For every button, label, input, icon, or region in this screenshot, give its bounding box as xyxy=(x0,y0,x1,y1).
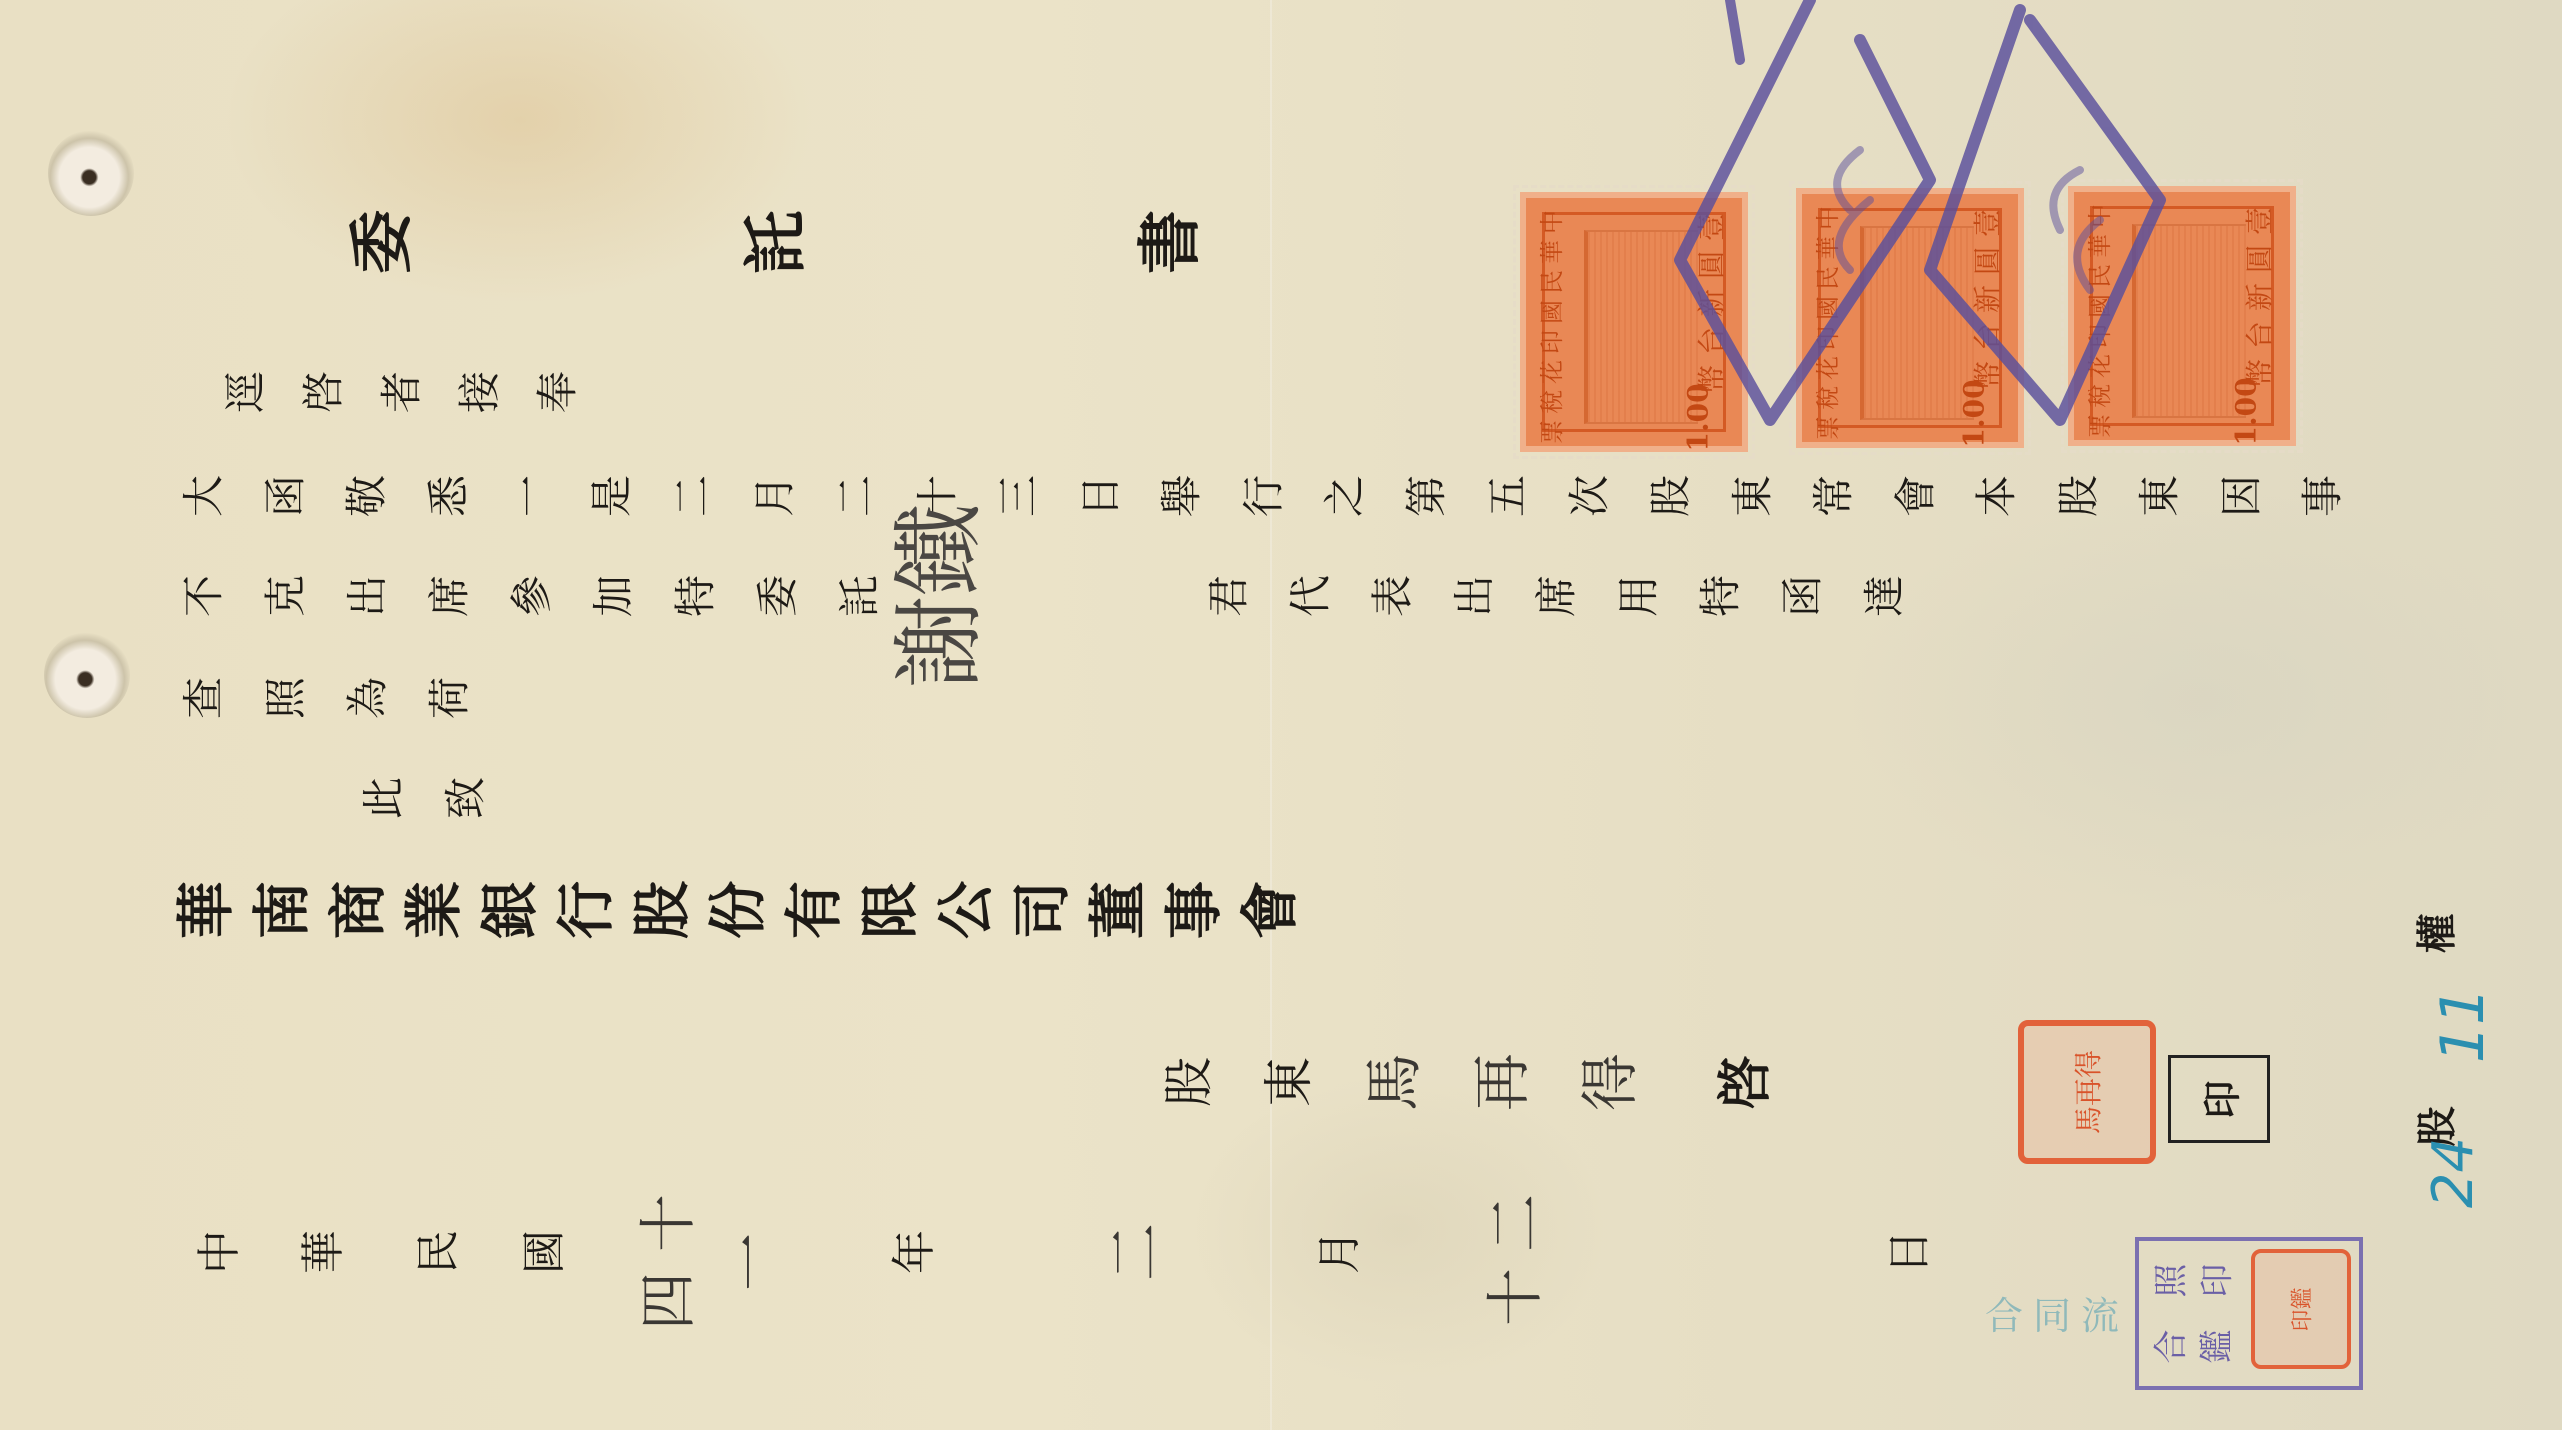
text-char: 行 xyxy=(1231,475,1291,517)
text-char: 席 xyxy=(417,575,477,617)
text-char: 照 xyxy=(253,677,313,719)
shareholder-label: 東 xyxy=(1249,1057,1321,1107)
text-char: 不 xyxy=(171,575,231,617)
stamp-char: 稅 xyxy=(1538,390,1566,414)
verification-char: 鑑 xyxy=(2190,1330,2239,1364)
text-char: 參 xyxy=(499,575,559,617)
stamp-char: 新 xyxy=(1693,289,1731,317)
text-char: 常 xyxy=(1801,475,1861,517)
text-char: 加 xyxy=(581,575,641,617)
rights-count-value: 11 xyxy=(2428,987,2498,1063)
verification-char: 合 xyxy=(2144,1330,2193,1364)
signature-text: 謝鐵 xyxy=(866,504,998,688)
text-char: 接 xyxy=(447,371,507,413)
text-char: 啓 xyxy=(291,371,351,413)
punch-hole-top xyxy=(48,130,134,216)
text-char: 商 xyxy=(311,881,395,939)
text-char: 用 xyxy=(1606,575,1666,617)
text-char: 華 xyxy=(159,881,243,939)
stamp-char: 票 xyxy=(1814,416,1842,440)
text-char: 一 xyxy=(497,475,557,517)
stamp-value: 1.00 xyxy=(2229,377,2262,445)
date-char: 中 xyxy=(183,1207,247,1297)
revenue-stamp-2: 中華民國印花稅票 壹圓新台幣 1.00 xyxy=(1796,188,2024,448)
text-char: 月 xyxy=(742,475,802,517)
text-char: 日 xyxy=(1068,475,1128,517)
text-char: 函 xyxy=(253,475,313,517)
text-char: 悉 xyxy=(416,475,476,517)
text-char: 第 xyxy=(1394,475,1454,517)
date-year: 四十一 xyxy=(621,1137,789,1367)
stamp-right-text: 壹圓新台幣 xyxy=(2236,202,2284,392)
stamp-char: 圓 xyxy=(1969,247,2007,275)
stamp-char: 華 xyxy=(2086,234,2114,258)
text-char: 出 xyxy=(335,575,395,617)
text-char: 席 xyxy=(1524,575,1584,617)
stamp-char: 中 xyxy=(1538,210,1566,234)
stamp-char: 花 xyxy=(2086,354,2114,378)
text-char: 司 xyxy=(995,881,1079,939)
text-char: 荷 xyxy=(417,677,477,719)
shares-count-value: 24 xyxy=(2421,1137,2486,1208)
stamp-char: 花 xyxy=(1538,360,1566,384)
title-char: 委 xyxy=(331,210,423,274)
stamp-char: 民 xyxy=(1814,266,1842,290)
text-char: 有 xyxy=(767,881,851,939)
text-char: 會 xyxy=(1883,475,1943,517)
stamp-right-text: 壹圓新台幣 xyxy=(1964,204,2012,394)
closing-char: 啓 xyxy=(1703,1055,1780,1109)
stamp-char: 國 xyxy=(1538,300,1566,324)
stamp-char: 花 xyxy=(1814,356,1842,380)
proxy-signature: 謝鐵 xyxy=(840,530,1024,662)
text-char: 份 xyxy=(691,881,775,939)
text-char: 君 xyxy=(1196,575,1256,617)
text-char: 出 xyxy=(1442,575,1502,617)
text-char: 特 xyxy=(1688,575,1748,617)
stamp-char: 印 xyxy=(1538,330,1566,354)
text-char: 奉 xyxy=(525,371,585,413)
stamp-char: 華 xyxy=(1814,236,1842,260)
text-char: 董 xyxy=(1071,881,1155,939)
text-char: 致 xyxy=(433,777,493,819)
date-char: 民 xyxy=(402,1196,466,1308)
text-char: 五 xyxy=(1475,475,1535,517)
date-line: 中 華 民 國 四十一 年 二 月 十二 日 xyxy=(170,1168,1980,1336)
text-char: 此 xyxy=(351,777,411,819)
text-char: 限 xyxy=(843,881,927,939)
stamp-char: 壹 xyxy=(1693,213,1731,241)
stamp-char: 票 xyxy=(2086,414,2114,438)
text-char: 逕 xyxy=(213,371,273,413)
verification-red-seal: 印鑑 xyxy=(2251,1249,2351,1369)
text-char: 事 xyxy=(2290,475,2350,517)
date-year-label: 年 xyxy=(878,1162,942,1342)
text-char: 會 xyxy=(1223,881,1307,939)
shareholder-label: 股 xyxy=(1149,1057,1221,1107)
stamp-left-text: 中華民國印花稅票 xyxy=(1532,208,1572,446)
date-day-label: 日 xyxy=(1873,1177,1937,1327)
text-char: 銀 xyxy=(463,881,547,939)
verification-char: 照 xyxy=(2144,1263,2193,1297)
stamp-char: 稅 xyxy=(2086,384,2114,408)
stamp-char: 民 xyxy=(2086,264,2114,288)
date-char: 華 xyxy=(287,1193,351,1311)
text-char: 之 xyxy=(1312,475,1372,517)
text-char: 者 xyxy=(369,371,429,413)
text-char: 是 xyxy=(579,475,639,517)
document-title: 委 託 書 xyxy=(345,196,1197,288)
faded-blue-note: 合同流 xyxy=(1985,1285,2129,1340)
text-char: 敬 xyxy=(334,475,394,517)
date-day: 十二 xyxy=(1468,1152,1552,1352)
text-char: 為 xyxy=(335,677,395,719)
personal-seal: 馬再得 xyxy=(2018,1020,2156,1164)
stamp-char: 壹 xyxy=(1969,209,2007,237)
text-char: 二 xyxy=(660,475,720,517)
stamp-char: 民 xyxy=(1538,270,1566,294)
shareholder-name-char: 得 xyxy=(1563,1053,1647,1111)
stamp-char: 國 xyxy=(2086,294,2114,318)
rights-label-char: 權 xyxy=(2406,914,2463,954)
stamp-char: 國 xyxy=(1814,296,1842,320)
text-char: 委 xyxy=(745,575,805,617)
text-char: 代 xyxy=(1278,575,1338,617)
body-line-5: 此致 xyxy=(360,768,484,828)
stamp-char: 印 xyxy=(2086,324,2114,348)
text-char: 函 xyxy=(1770,575,1830,617)
seal-box: 印 xyxy=(2168,1055,2270,1143)
text-char: 本 xyxy=(1964,475,2024,517)
body-line-3: 不克出席參加特委託 xyxy=(180,566,878,626)
stamp-char: 稅 xyxy=(1814,386,1842,410)
body-line-1: 逕啓者接奉 xyxy=(222,362,576,422)
date-month: 二 xyxy=(1088,1122,1172,1382)
shareholder-name-char: 再 xyxy=(1455,1053,1539,1111)
stamp-char: 中 xyxy=(1814,206,1842,230)
stamp-left-text: 中華民國印花稅票 xyxy=(1808,204,1848,442)
text-char: 克 xyxy=(253,575,313,617)
addressee-company: 華南商業銀行股份有限公司董事會 xyxy=(172,868,1294,952)
text-char: 行 xyxy=(539,881,623,939)
stamp-value: 1.00 xyxy=(1957,379,1990,447)
text-char: 舉 xyxy=(1149,475,1209,517)
text-char: 東 xyxy=(1720,475,1780,517)
shareholder-name-char: 馬 xyxy=(1347,1053,1431,1111)
stamp-char: 圓 xyxy=(1693,251,1731,279)
body-line-3-continued: 君代表出席用特函達 xyxy=(1205,566,1903,626)
stamp-left-text: 中華民國印花稅票 xyxy=(2080,202,2120,440)
text-char: 事 xyxy=(1147,881,1231,939)
text-char: 股 xyxy=(2046,475,2106,517)
text-char: 股 xyxy=(615,881,699,939)
shares-count: 24 xyxy=(2418,1140,2489,1205)
date-char: 國 xyxy=(508,1202,572,1302)
shareholder-line: 股 東 馬 再 得 啓 xyxy=(1160,1040,1768,1124)
verification-char: 印 xyxy=(2190,1263,2239,1297)
rights-label: 權 xyxy=(2414,905,2454,962)
date-month-label: 月 xyxy=(1303,1177,1367,1327)
revenue-stamp-1: 中華民國印花稅票 壹圓新台幣 1.00 xyxy=(1520,192,1748,452)
revenue-stamp-3: 中華民國印花稅票 壹圓新台幣 1.00 xyxy=(2068,186,2296,446)
body-line-2: 大函敬悉一是二月二十三日舉行之第五次股東常會本股東因事 xyxy=(180,466,2341,526)
text-char: 表 xyxy=(1360,575,1420,617)
text-char: 業 xyxy=(387,881,471,939)
punch-hole-bottom xyxy=(44,632,130,718)
stamp-char: 台 xyxy=(2241,321,2279,349)
stamp-char: 圓 xyxy=(2241,245,2279,273)
title-char: 書 xyxy=(1119,210,1211,274)
text-char: 南 xyxy=(235,881,319,939)
text-char: 次 xyxy=(1557,475,1617,517)
text-char: 股 xyxy=(1638,475,1698,517)
text-char: 達 xyxy=(1852,575,1912,617)
stamp-char: 票 xyxy=(1538,420,1566,444)
rights-count: 11 xyxy=(2425,990,2501,1060)
text-char: 東 xyxy=(2127,475,2187,517)
seal-verification-stamp: 照 印 合 鑑 印鑑 xyxy=(2135,1237,2363,1390)
body-line-4: 查照為荷 xyxy=(180,668,468,728)
stamp-value: 1.00 xyxy=(1681,383,1714,451)
title-char: 託 xyxy=(725,210,817,274)
stamp-char: 印 xyxy=(1814,326,1842,350)
text-char: 大 xyxy=(171,475,231,517)
stamp-char: 中 xyxy=(2086,204,2114,228)
text-char: 因 xyxy=(2209,475,2269,517)
text-char: 特 xyxy=(663,575,723,617)
seal-box-label: 印 xyxy=(2191,1080,2246,1118)
stamp-right-text: 壹圓新台幣 xyxy=(1688,208,1736,398)
stamp-char: 壹 xyxy=(2241,207,2279,235)
stamp-char: 華 xyxy=(1538,240,1566,264)
verification-text: 照 印 合 鑑 xyxy=(2139,1241,2243,1386)
stamp-char: 台 xyxy=(1693,327,1731,355)
text-char: 查 xyxy=(171,677,231,719)
stamp-char: 台 xyxy=(1969,323,2007,351)
stamp-char: 新 xyxy=(1969,285,2007,313)
stamp-char: 新 xyxy=(2241,283,2279,311)
text-char: 公 xyxy=(919,881,1003,939)
